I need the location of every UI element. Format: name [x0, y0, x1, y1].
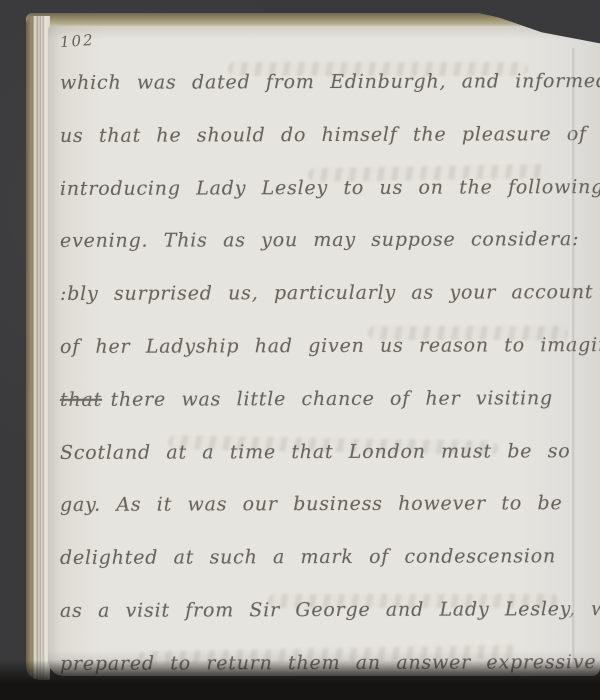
manuscript-line: introducing Lady Lesley to us on the fol…: [60, 161, 592, 216]
manuscript-line: Scotland at a time that London must be s…: [60, 425, 592, 480]
struck-out-word: that: [60, 389, 102, 411]
photo-background: 102 which was dated from Edinburgh, and …: [0, 0, 600, 700]
page-fold-crease: [570, 48, 574, 664]
manuscript-line: :bly surprised us, particularly as your …: [60, 266, 592, 321]
manuscript-line: gay. As it was our business however to b…: [60, 477, 592, 532]
manuscript-line: evening. This as you may suppose conside…: [60, 213, 592, 268]
manuscript-line-text: there was little chance of her visiting: [111, 387, 553, 411]
manuscript-page: 102 which was dated from Edinburgh, and …: [48, 26, 600, 676]
manuscript-line: us that he should do himself the pleasur…: [60, 108, 592, 163]
manuscript-line: delighted at such a mark of condescensio…: [60, 530, 592, 585]
manuscript-line: of her Ladyship had given us reason to i…: [60, 319, 592, 374]
manuscript-line: which was dated from Edinburgh, and info…: [60, 55, 592, 110]
book-page-edges: [26, 16, 50, 680]
handwritten-text: which was dated from Edinburgh, and info…: [60, 56, 592, 690]
manuscript-line: as a visit from Sir George and Lady Lesl…: [60, 583, 592, 638]
manuscript-line: thatthere was little chance of her visit…: [60, 372, 592, 427]
book-bottom-shadow: [0, 660, 600, 700]
page-number: 102: [59, 31, 95, 51]
